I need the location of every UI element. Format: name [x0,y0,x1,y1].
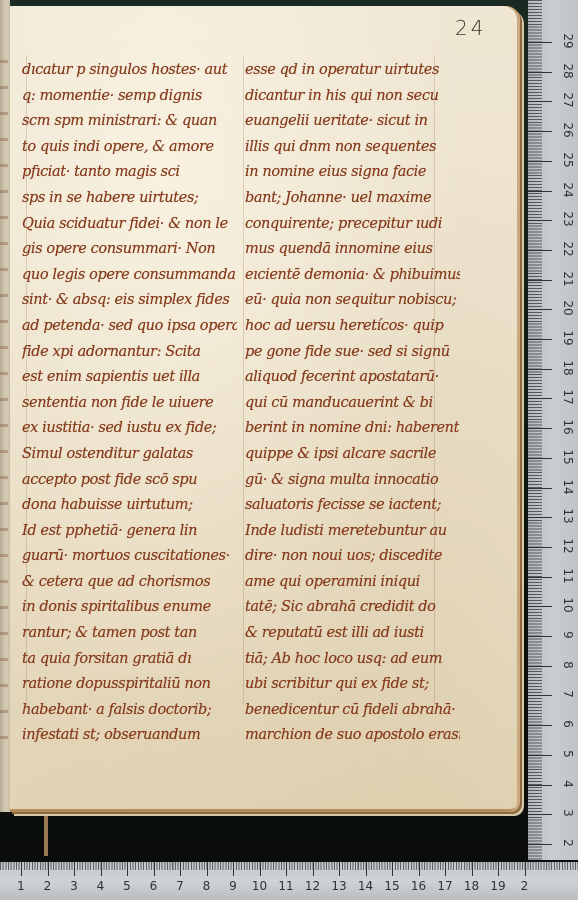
ruler-major-tick [339,862,340,876]
ruler-major-tick [528,577,552,578]
ruler-major-tick [445,862,446,876]
ruler-major-tick [180,862,181,876]
manuscript-line: mus quendā innomine eius [245,237,460,263]
ruler-label: 24 [561,180,575,200]
ruler-major-tick [528,755,552,756]
ruler-label: 12 [303,879,323,893]
ruler-major-tick [154,862,155,876]
ruler-label: 19 [488,879,508,893]
ruler-major-tick [528,339,552,340]
manuscript-line: sint· & absq: eis simplex fides [22,288,237,314]
manuscript-line: infestati st; obseruandum [22,723,237,749]
ruler-label: 6 [561,714,575,734]
manuscript-line: illis qui dnm non sequentes [245,135,460,161]
manuscript-line: sententia non fide le uiuere [22,391,237,417]
ruler-major-tick [528,72,552,73]
ruler-major-tick [74,862,75,876]
background-stick [44,812,48,856]
ruler-major-tick [366,862,367,876]
ruler-major-tick [528,785,552,786]
manuscript-line: hoc ad uersu heretícos· quip [245,314,460,340]
ruler-label: 3 [64,879,84,893]
manuscript-line: pe gone fide sue· sed si signū [245,340,460,366]
folio-number: 24 [455,16,486,40]
ruler-major-tick [528,131,552,132]
manuscript-line: q: momentie· semp dignis [22,84,237,110]
ruler-label: 27 [561,90,575,110]
ruler-label: 7 [561,684,575,704]
ruler-label: 13 [329,879,349,893]
manuscript-line: berint in nomine dni: haberent [245,416,460,442]
ruler-label: 9 [223,879,243,893]
ruler-major-tick [498,862,499,876]
ruler-major-tick [528,458,552,459]
ruler-label: 2 [561,833,575,853]
ruler-label: 15 [382,879,402,893]
ruler-label: 5 [561,744,575,764]
ruler-label: 8 [561,655,575,675]
facing-page-edge [0,0,10,812]
ruler-label: 4 [561,774,575,794]
manuscript-line: qui cū manducauerint & bi [245,391,460,417]
ruler-label: 25 [561,150,575,170]
ruler-major-tick [528,369,552,370]
ruler-label: 16 [409,879,429,893]
ruler-label: 20 [561,298,575,318]
ruler-major-tick [528,666,552,667]
ruler-label: 18 [462,879,482,893]
manuscript-line: scm spm ministrari: & quan [22,109,237,135]
ruler-major-tick [233,862,234,876]
manuscript-line: guarū· mortuos cuscitationes· [22,544,237,570]
ruler-label: 6 [144,879,164,893]
manuscript-line: & reputatū est illi ad iusti [245,621,460,647]
manuscript-line: dona habuisse uirtutum; [22,493,237,519]
manuscript-line: fide xpi adornantur: Scita [22,340,237,366]
ruler-major-tick [313,862,314,876]
ruler-major-tick [528,488,552,489]
ruler-major-tick [528,428,552,429]
ruler-label: 7 [170,879,190,893]
ruler-major-tick [48,862,49,876]
manuscript-line: tatē; Sic abrahā credidit do [245,595,460,621]
ruler-label: 8 [197,879,217,893]
ruler-major-tick [528,309,552,310]
manuscript-line: tiā; Ab hoc loco usq: ad eum [245,647,460,673]
manuscript-line: saluatoris fecisse se iactent; [245,493,460,519]
ruler-major-tick [528,844,552,845]
ruler-ticks [0,862,578,870]
ruler-major-tick [528,725,552,726]
ruler-label: 15 [561,447,575,467]
manuscript-line: dire· non noui uos; discedite [245,544,460,570]
ruler-label: 10 [250,879,270,893]
manuscript-line: Id est pphetiā· genera lin [22,519,237,545]
ruler-major-tick [528,398,552,399]
text-column-left: dıcatur p singulos hostes· autq: momenti… [22,58,237,749]
ruler-major-tick [528,814,552,815]
manuscript-line: & cetera que ad chorismos [22,570,237,596]
ruler-major-tick [419,862,420,876]
manuscript-line: ratione dopusspiritaliū non [22,672,237,698]
ruler-major-tick [286,862,287,876]
ruler-label: 23 [561,209,575,229]
ruler-label: 17 [435,879,455,893]
ruler-major-tick [260,862,261,876]
manuscript-line: sps in se habere uirtutes; [22,186,237,212]
manuscript-line: esse qd in operatur uirtutes [245,58,460,84]
manuscript-line: accepto post fide scō spu [22,468,237,494]
manuscript-line: habebant· a falsis doctorib; [22,698,237,724]
manuscript-line: ame qui operamini iniqui [245,570,460,596]
ruler-label: 4 [91,879,111,893]
ruler-label: 3 [561,803,575,823]
horizontal-ruler: 123456789101112131415161718192 [0,862,578,900]
ruler-major-tick [528,42,552,43]
ruler-label: 9 [561,625,575,645]
ruler-label: 16 [561,417,575,437]
ruler-label: 2 [515,879,535,893]
ruler-label: 18 [561,358,575,378]
manuscript-line: euangelii ueritate· sicut in [245,109,460,135]
ruler-label: 1 [11,879,31,893]
manuscript-line: rantur; & tamen post tan [22,621,237,647]
ruler-label: 14 [356,879,376,893]
ruler-major-tick [528,547,552,548]
ruler-major-tick [528,280,552,281]
ruler-label: 11 [276,879,296,893]
manuscript-line: Quia sciduatur fidei· & non le [22,212,237,238]
text-column-right: esse qd in operatur uirtutesdicantur in … [245,58,460,749]
manuscript-line: in donis spiritalibus enume [22,595,237,621]
ruler-ticks [528,0,542,860]
manuscript-line: gū· & signa multa innocatio [245,468,460,494]
ruler-major-tick [528,695,552,696]
ruler-label: 2 [38,879,58,893]
ruler-label: 10 [561,595,575,615]
manuscript-line: dıcatur p singulos hostes· aut [22,58,237,84]
ruler-major-tick [528,191,552,192]
manuscript-line: marchion de suo apostolo erasit; [245,723,460,749]
manuscript-line: ex iustitia· sed iustu ex fide; [22,416,237,442]
manuscript-line: ta quia forsitan gratiā dı [22,647,237,673]
manuscript-line: Simul ostenditur galatas [22,442,237,468]
manuscript-line: quo legis opere consummanda [22,263,237,289]
manuscript-line: benedicentur cū fideli abrahā· [245,698,460,724]
manuscript-line: ad petenda· sed quo ipsa opera [22,314,237,340]
ruler-label: 26 [561,120,575,140]
manuscript-line: eıcientē demonia· & phibuimus [245,263,460,289]
ruler-major-tick [528,220,552,221]
manuscript-line: gis opere consummari· Non [22,237,237,263]
ruler-major-tick [207,862,208,876]
manuscript-line: quippe & ipsi alcare sacrile [245,442,460,468]
ruler-label: 29 [561,31,575,51]
ruler-label: 19 [561,328,575,348]
ruler-major-tick [101,862,102,876]
ruler-major-tick [528,161,552,162]
ruler-label: 11 [561,566,575,586]
ruler-label: 5 [117,879,137,893]
ruler-label: 14 [561,477,575,497]
ruler-major-tick [21,862,22,876]
ruler-major-tick [528,606,552,607]
manuscript-line: bant; Johanne· uel maxime [245,186,460,212]
ruler-major-tick [528,250,552,251]
ruler-major-tick [525,862,526,876]
manuscript-line: Inde ludisti meretebuntur au [245,519,460,545]
ruler-major-tick [528,636,552,637]
ruler-major-tick [528,517,552,518]
ruler-major-tick [392,862,393,876]
ruler-label: 28 [561,61,575,81]
manuscript-line: eū· quia non sequitur nobiscu; [245,288,460,314]
manuscript-line: conquirente; precepitur ıudi [245,212,460,238]
ruler-label: 12 [561,536,575,556]
ruler-major-tick [127,862,128,876]
ruler-label: 22 [561,239,575,259]
ruler-major-tick [472,862,473,876]
manuscript-line: dicantur in his qui non secu [245,84,460,110]
manuscript-line: aliquod fecerint apostatarū· [245,365,460,391]
ruler-label: 13 [561,506,575,526]
manuscript-line: in nomine eius signa facie [245,160,460,186]
ruler-label: 21 [561,269,575,289]
manuscript-line: est enim sapientis uet illa [22,365,237,391]
vertical-ruler: 2928272625242322212019181716151413121110… [528,0,578,860]
ruler-label: 17 [561,387,575,407]
manuscript-line: ubi scribitur qui ex fide st; [245,672,460,698]
ruler-major-tick [528,101,552,102]
manuscript-line: to quis indi opere, & amore [22,135,237,161]
manuscript-line: pfıciat· tanto magis sci [22,160,237,186]
ruling-line-middle [243,55,244,705]
